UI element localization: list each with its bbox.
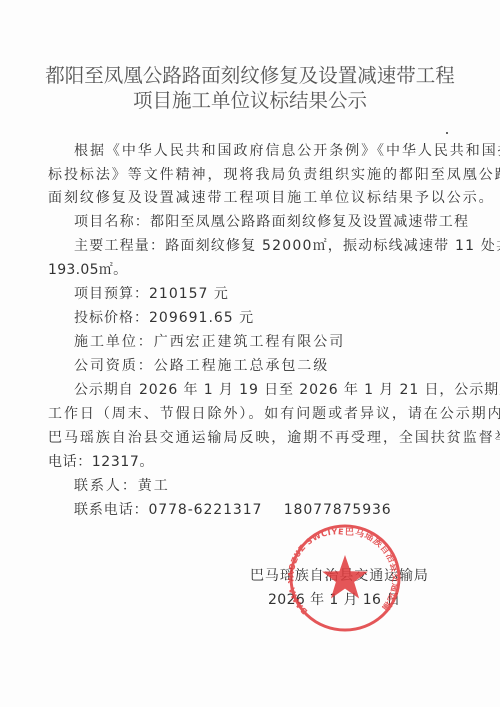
intro-paragraph-line-3: 面刻纹修复及设置减速带工程项目施工单位议标结果予以公示。 — [48, 188, 495, 208]
document-page: 都阳至凤凰公路路面刻纹修复及设置减速带工程 项目施工单位议标结果公示 根据《中华… — [0, 0, 500, 707]
svg-text:BAMA YAOZUZ SWCIYEN: BAMA YAOZUZ SWCIYEN — [288, 523, 344, 616]
contact-phone: 联系电话：0778-6221317 18077875936 — [74, 500, 392, 520]
document-title-line-2: 项目施工单位议标结果公示 — [0, 89, 500, 113]
intro-paragraph-line-1: 根据《中华人民共和国政府信息公开条例》《中华人民共和国招 — [74, 141, 500, 161]
contact-person: 联系人：黄工 — [74, 476, 170, 496]
intro-paragraph-line-2: 标投标法》等文件精神，现将我局负责组织实施的都阳至凤凰公路路 — [48, 165, 500, 185]
bid-price: 投标价格：209691.65 元 — [74, 308, 254, 328]
project-budget: 项目预算：210157 元 — [74, 284, 229, 304]
notice-period-line-4: 电话：12317。 — [48, 452, 154, 472]
stray-dot-mark — [446, 132, 448, 134]
project-name: 项目名称：都阳至凤凰公路路面刻纹修复及设置减速带工程 — [74, 212, 469, 232]
notice-period-line-1: 公示期自 2026 年 1 月 19 日至 2026 年 1 月 21 日，公示… — [74, 380, 500, 400]
company-qualification: 公司资质：公路工程施工总承包二级 — [74, 356, 329, 376]
main-quantity-line-2: 193.05㎡。 — [48, 260, 127, 280]
notice-period-line-3: 巴马瑶族自治县交通运输局反映，逾期不再受理，全国扶贫监督举报 — [48, 428, 500, 448]
contractor: 施工单位：广西宏正建筑工程有限公司 — [74, 332, 345, 352]
document-title-line-1: 都阳至凤凰公路路面刻纹修复及设置减速带工程 — [0, 64, 500, 88]
main-quantity-line-1: 主要工程量：路面刻纹修复 52000㎡，振动标线减速带 11 处共 — [74, 236, 500, 256]
notice-period-line-2: 工作日（周末、节假日除外）。如有问题或者异议，请在公示期内到 — [48, 404, 500, 424]
official-seal-icon: BAMA YAOZUZ SWCIYEN 巴马瑶族自治县交通运输局 — [288, 523, 402, 633]
